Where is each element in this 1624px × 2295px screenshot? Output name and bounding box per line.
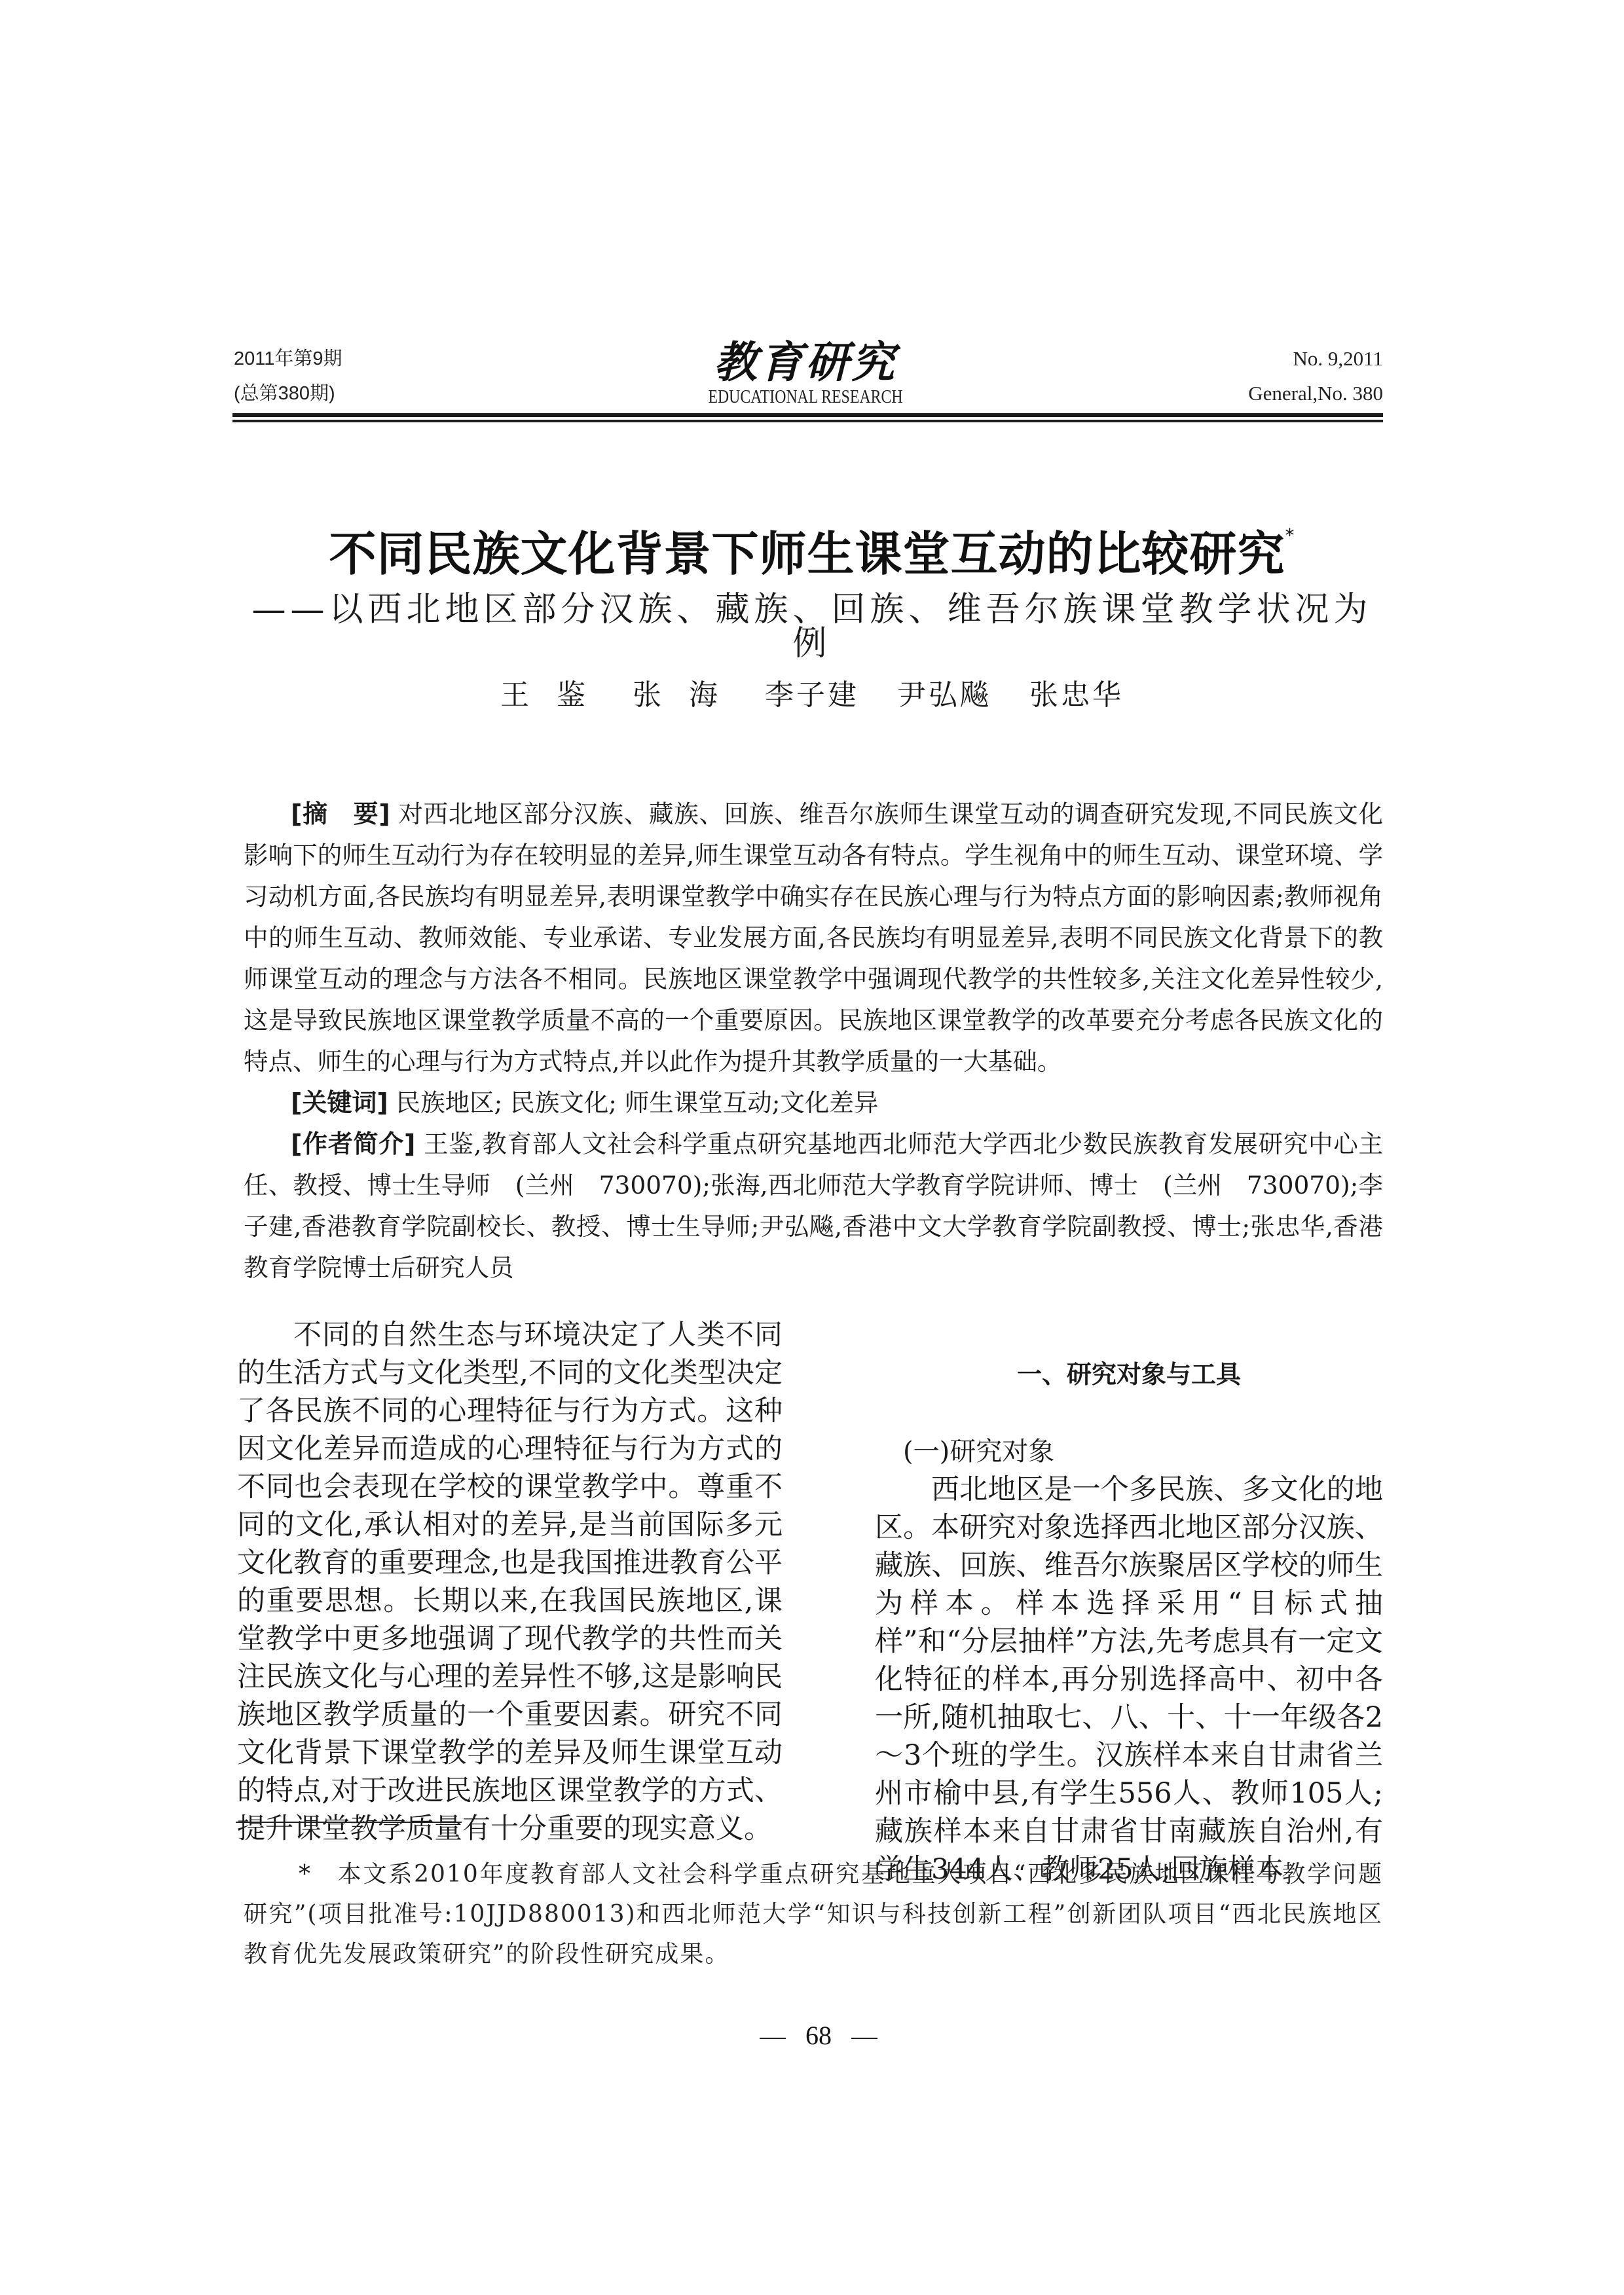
- journal-logo: 教育研究: [655, 327, 956, 390]
- footnote: * 本文系2010年度教育部人文社会科学重点研究基地重大项目“西北多民族地区课程…: [244, 1854, 1383, 1974]
- issue-label-en: No. 9,2011: [1293, 348, 1384, 369]
- journal-name-en: EDUCATIONAL RESEARCH: [682, 386, 929, 408]
- abstract-text: 对西北地区部分汉族、藏族、回族、维吾尔族师生课堂互动的调查研究发现,不同民族文化…: [244, 799, 1383, 1076]
- footnote-text: 本文系2010年度教育部人文社会科学重点研究基地重大项目“西北多民族地区课程与教…: [244, 1861, 1383, 1968]
- total-issue-label-en: General,No. 380: [1248, 383, 1383, 403]
- subsection-paragraph: 西北地区是一个多民族、多文化的地区。本研究对象选择西北地区部分汉族、藏族、回族、…: [875, 1471, 1383, 1888]
- author-list: 王 鉴 张 海 李子建 尹弘飚 张忠华: [236, 681, 1388, 710]
- header-rule-thin: [232, 420, 1383, 422]
- footnote-paragraph: * 本文系2010年度教育部人文社会科学重点研究基地重大项目“西北多民族地区课程…: [244, 1854, 1383, 1974]
- body-column-left: 不同的自然生态与环境决定了人类不同的生活方式与文化类型,不同的文化类型决定了各民…: [237, 1316, 783, 1848]
- dash-right: [851, 2038, 877, 2039]
- author-name: 张 海: [633, 678, 727, 712]
- page-number-text: 68: [805, 2021, 832, 2050]
- section-heading: 一、研究对象与工具: [875, 1355, 1383, 1393]
- author-name: 张忠华: [1029, 678, 1124, 712]
- title-footnote-mark[interactable]: *: [1285, 524, 1295, 546]
- author-name: 李子建: [765, 678, 859, 712]
- header-rule-thick: [232, 413, 1383, 417]
- abstract-block: [摘 要] 对西北地区部分汉族、藏族、回族、维吾尔族师生课堂互动的调查研究发现,…: [244, 794, 1383, 1289]
- article-subtitle: ——以西北地区部分汉族、藏族、回族、维吾尔族课堂教学状况为例: [236, 593, 1388, 661]
- total-issue-label-cn: (总第380期): [234, 384, 335, 403]
- author-name: 尹弘飚: [897, 678, 991, 712]
- issue-label-cn: 2011年第9期: [234, 350, 342, 369]
- author-bio-label: [作者简介]: [291, 1129, 415, 1158]
- body-column-right: 一、研究对象与工具 (一)研究对象 西北地区是一个多民族、多文化的地区。本研究对…: [875, 1316, 1383, 1888]
- page-number: 68: [655, 2020, 982, 2051]
- author-name: 王 鉴: [500, 678, 595, 712]
- abstract-paragraph: [摘 要] 对西北地区部分汉族、藏族、回族、维吾尔族师生课堂互动的调查研究发现,…: [244, 794, 1383, 1082]
- footnote-mark: *: [299, 1861, 312, 1888]
- footnote-divider: [236, 1822, 462, 1823]
- keywords-text: 民族地区; 民族文化; 师生课堂互动;文化差异: [396, 1088, 879, 1117]
- keywords-label: [关键词]: [291, 1088, 388, 1117]
- keywords-paragraph: [关键词] 民族地区; 民族文化; 师生课堂互动;文化差异: [244, 1082, 1383, 1124]
- article-title-text: 不同民族文化背景下师生课堂互动的比较研究: [329, 526, 1285, 581]
- author-bio-paragraph: [作者简介] 王鉴,教育部人文社会科学重点研究基地西北师范大学西北少数民族教育发…: [244, 1124, 1383, 1289]
- subsection-heading: (一)研究对象: [875, 1433, 1383, 1471]
- dash-left: [760, 2038, 786, 2039]
- intro-paragraph: 不同的自然生态与环境决定了人类不同的生活方式与文化类型,不同的文化类型决定了各民…: [237, 1316, 783, 1848]
- article-title: 不同民族文化背景下师生课堂互动的比较研究*: [236, 530, 1388, 578]
- abstract-label: [摘 要]: [291, 799, 390, 828]
